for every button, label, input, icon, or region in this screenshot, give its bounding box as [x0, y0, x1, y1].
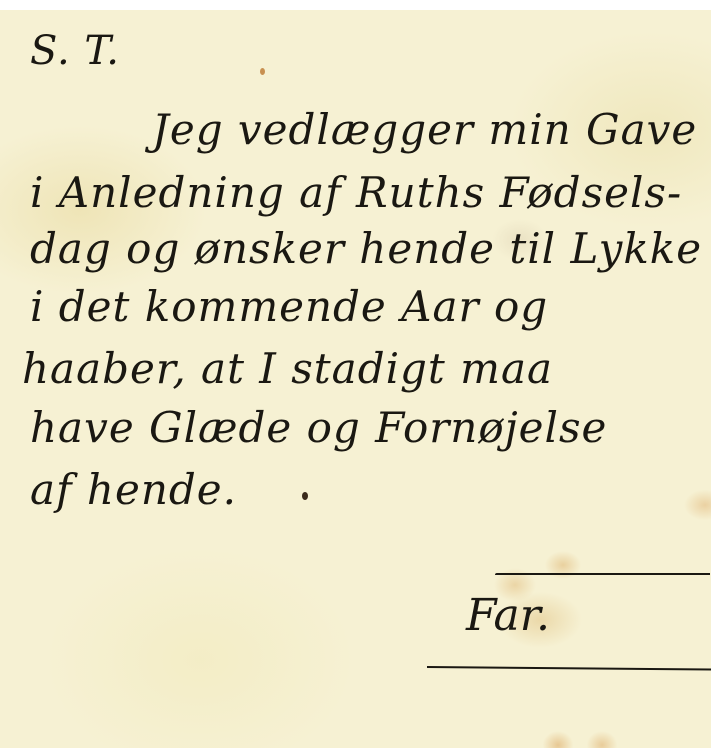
body-line-7: af hende. [30, 465, 237, 514]
salutation: S. T. [30, 28, 120, 74]
body-line-5: haaber, at I stadigt maa [22, 344, 553, 393]
letter-text: S. T. Jeg vedlægger min Gave i Anledning… [0, 10, 711, 748]
signature-flourish-top [495, 573, 710, 575]
body-line-4: i det kommende Aar og [30, 282, 548, 331]
body-line-6: have Glæde og Fornøjelse [30, 403, 607, 452]
signature-underline [427, 666, 711, 670]
signature: Far. [466, 590, 550, 641]
body-line-1: Jeg vedlægger min Gave [152, 105, 697, 154]
letter-paper: S. T. Jeg vedlægger min Gave i Anledning… [0, 10, 711, 748]
ink-blot [302, 492, 308, 500]
body-line-3: dag og ønsker hende til Lykke [30, 224, 702, 273]
stain-spot [260, 68, 265, 75]
body-line-2: i Anledning af Ruths Fødsels- [30, 168, 682, 217]
